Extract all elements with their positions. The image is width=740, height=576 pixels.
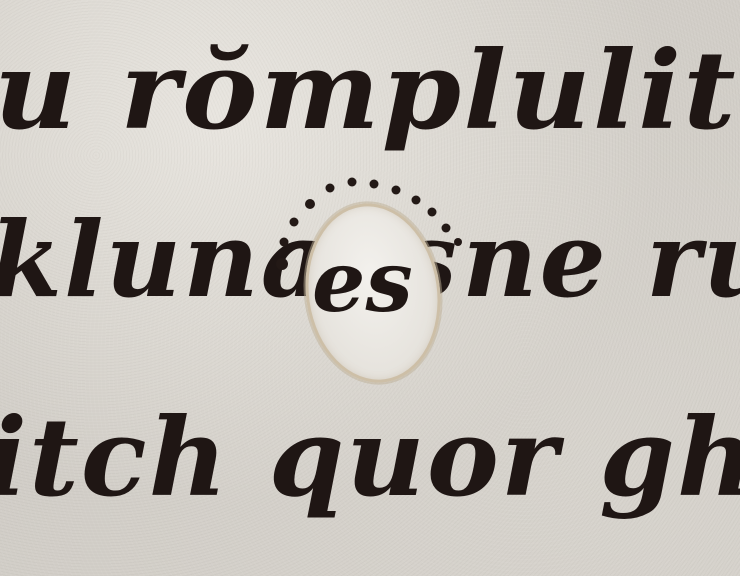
dotted-arc-around-hole: [270, 172, 490, 272]
manuscript-photo: u rŏmplulitch u klunaes es ne ru itch qu…: [0, 0, 740, 576]
manuscript-line-2-right: ne ru: [462, 198, 740, 321]
manuscript-line-3: itch quor ghpu: [0, 395, 740, 521]
manuscript-line-1: u rŏmplulitch u: [0, 28, 740, 154]
